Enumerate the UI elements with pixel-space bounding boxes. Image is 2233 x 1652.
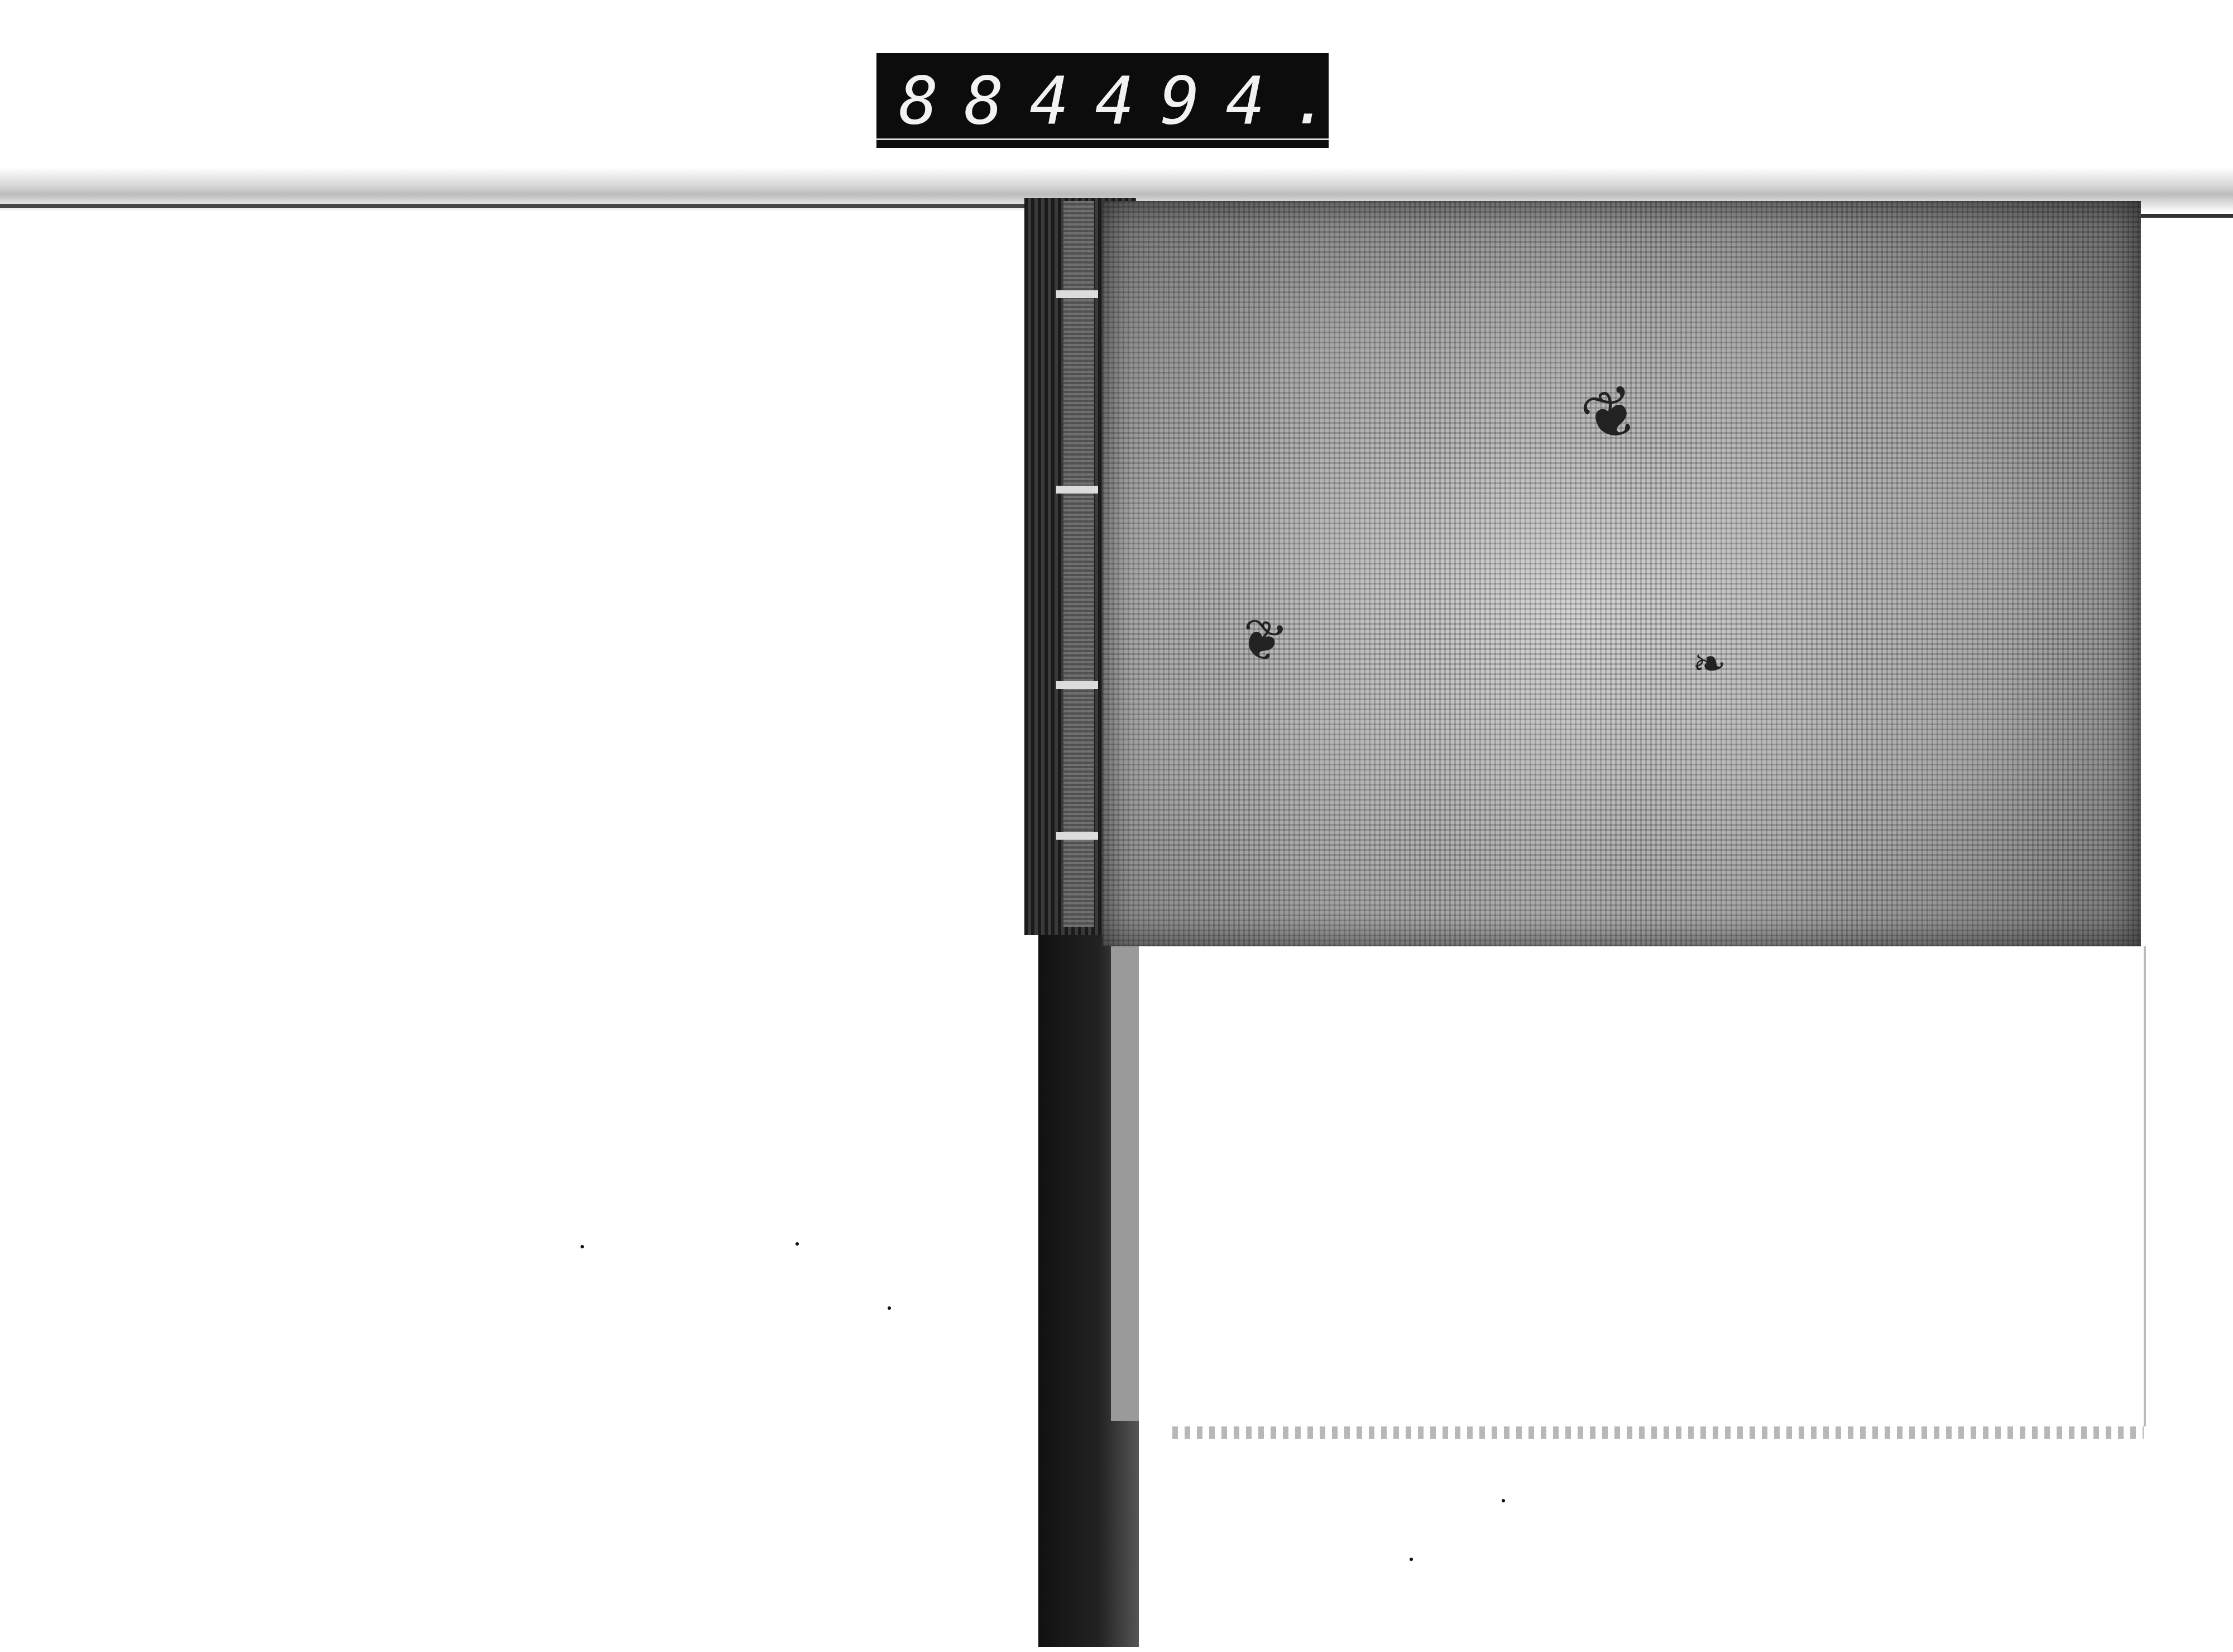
page-top-edge-right: [2138, 214, 2233, 218]
scan-speck: [1410, 1558, 1413, 1561]
fern-motif-icon: ❦: [1570, 362, 1646, 458]
stitch-mark: [1056, 681, 1098, 689]
spine-binding-strip: [1063, 201, 1094, 927]
scan-speck: [1502, 1499, 1505, 1502]
leaf-motif-icon: ❧: [1694, 636, 1724, 687]
scan-speck: [581, 1245, 584, 1248]
page-bottom-edge: [1172, 1426, 2144, 1439]
book-cover: ❦ ❦ ❧: [1103, 201, 2141, 946]
fern-motif-icon: ❦: [1234, 599, 1291, 674]
stitch-mark: [1056, 486, 1098, 494]
stitch-mark: [1056, 832, 1098, 840]
frame-counter-right: 494.: [1095, 62, 1356, 139]
counter-underline: [876, 138, 1329, 140]
stitch-mark: [1056, 290, 1098, 298]
page-top-edge: [0, 204, 1027, 208]
frame-counter-left: 884: [899, 62, 1095, 139]
blank-lower-page: [1139, 946, 2146, 1426]
scan-speck: [796, 1242, 799, 1246]
scan-speck: [888, 1306, 891, 1310]
frame-counter: 884 494.: [876, 53, 1329, 148]
blank-left-page: [0, 211, 1022, 1651]
